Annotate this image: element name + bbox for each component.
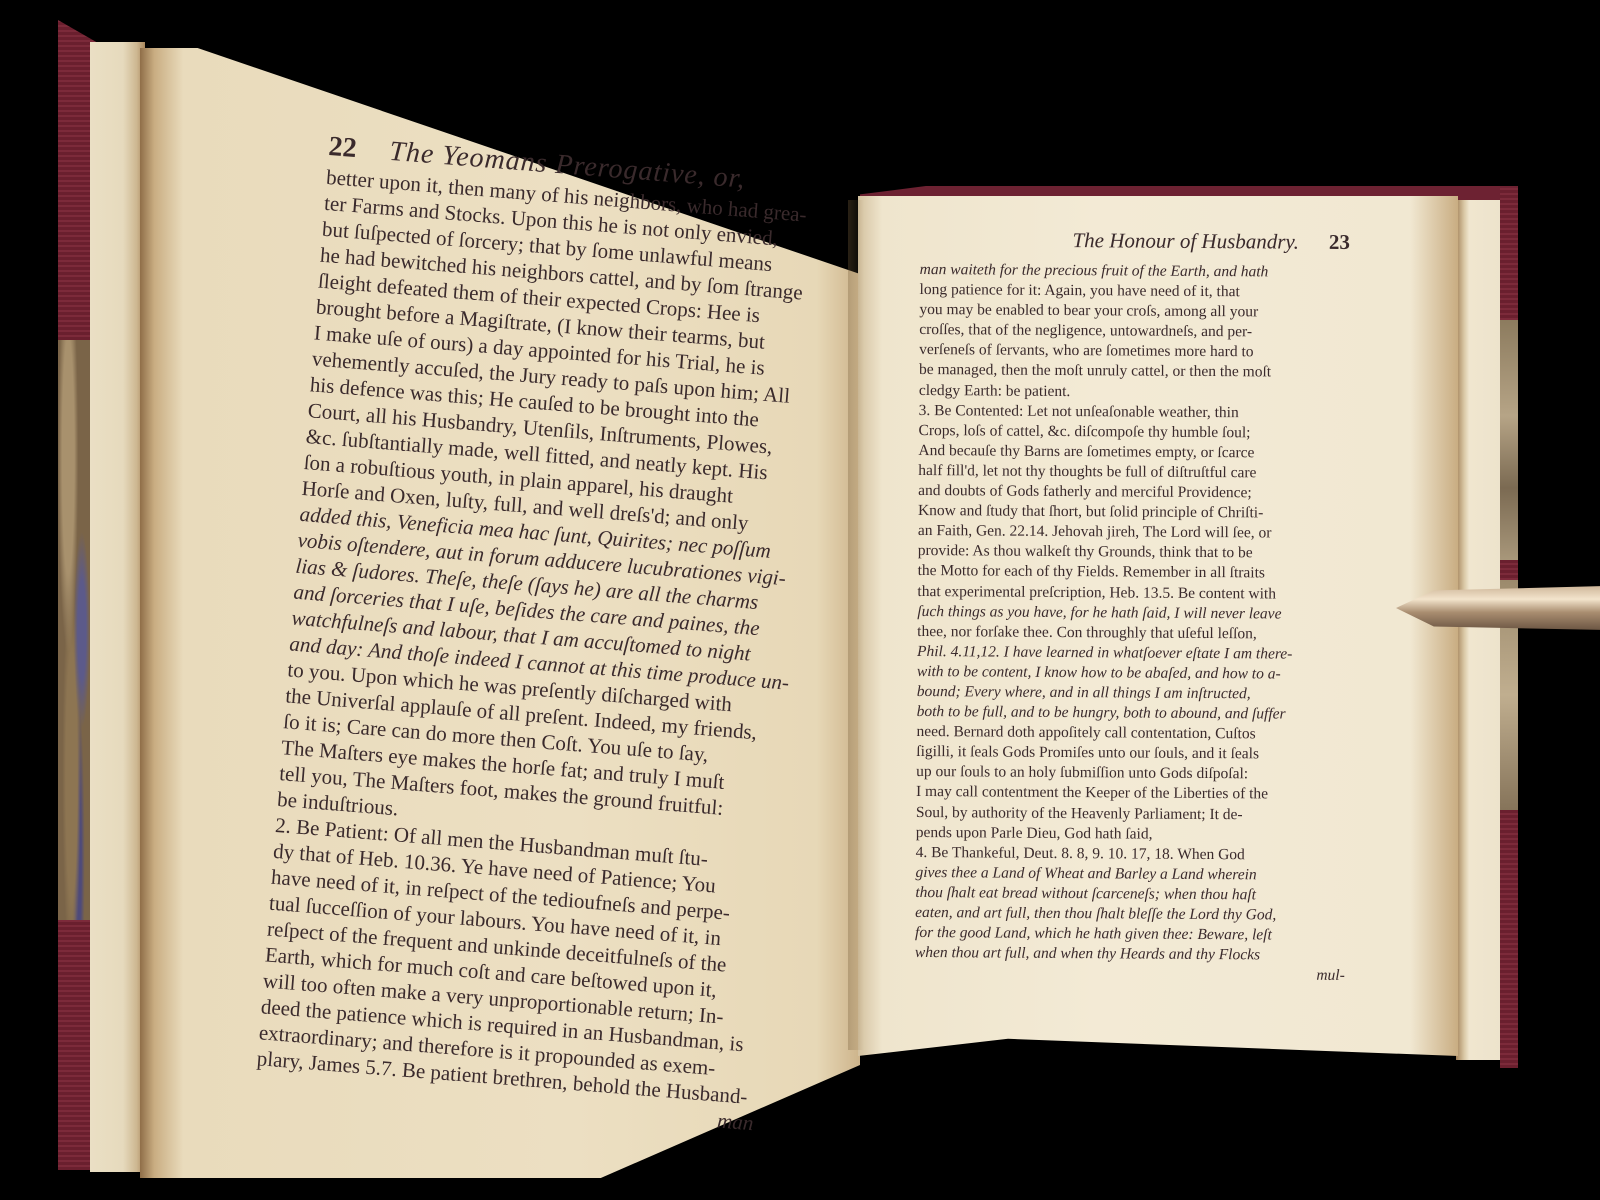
book-photograph: 22 The Yeomans Prerogative, or, better u… bbox=[0, 0, 1600, 1200]
left-marbled-board bbox=[58, 340, 92, 920]
left-endpaper bbox=[90, 42, 145, 1172]
left-page-number: 22 bbox=[327, 131, 357, 164]
text-line: Soul, by authority of the Heavenly Parli… bbox=[916, 803, 1346, 826]
text-line: 4. Be Thankeful, Deut. 8. 8, 9. 10. 17, … bbox=[916, 843, 1346, 866]
right-running-head: The Honour of Husbandry. 23 bbox=[920, 226, 1350, 255]
text-line: be managed, then the moſt unruly cattel,… bbox=[919, 360, 1349, 383]
right-marbled-board bbox=[1500, 320, 1518, 560]
text-line: when thou art full, and when thy Heards … bbox=[915, 943, 1345, 966]
text-line: Phil. 4.11,12. I have learned in whatſoe… bbox=[917, 642, 1347, 665]
text-line: that experimental preſcription, Heb. 13.… bbox=[917, 581, 1347, 604]
right-running-title: The Honour of Husbandry. bbox=[1072, 227, 1299, 255]
text-line: ſuch things as you have, for he hath ſai… bbox=[917, 602, 1347, 625]
left-page-text: 22 The Yeomans Prerogative, or, better u… bbox=[254, 130, 829, 1136]
text-line: cledgy Earth: be patient. bbox=[919, 381, 1349, 404]
text-line: pends upon Parle Dieu, God hath ſaid, bbox=[916, 823, 1346, 846]
text-line: I may call contentment the Keeper of the… bbox=[916, 782, 1346, 805]
right-catchword: mul- bbox=[915, 963, 1345, 986]
text-line: Crops, loſs of cattel, &c. diſcompoſe th… bbox=[919, 421, 1349, 444]
text-line: 3. Be Contented: Let not unſeaſonable we… bbox=[919, 401, 1349, 424]
right-page-number: 23 bbox=[1329, 229, 1350, 255]
text-line: the Motto for each of thy Fields. Rememb… bbox=[918, 561, 1348, 584]
right-endpaper bbox=[1456, 200, 1500, 1060]
gutter-shadow bbox=[848, 200, 864, 1050]
text-line: thee, nor forſake thee. Con throughly th… bbox=[917, 622, 1347, 645]
right-page-text: The Honour of Husbandry. 23 man waiteth … bbox=[915, 226, 1350, 986]
